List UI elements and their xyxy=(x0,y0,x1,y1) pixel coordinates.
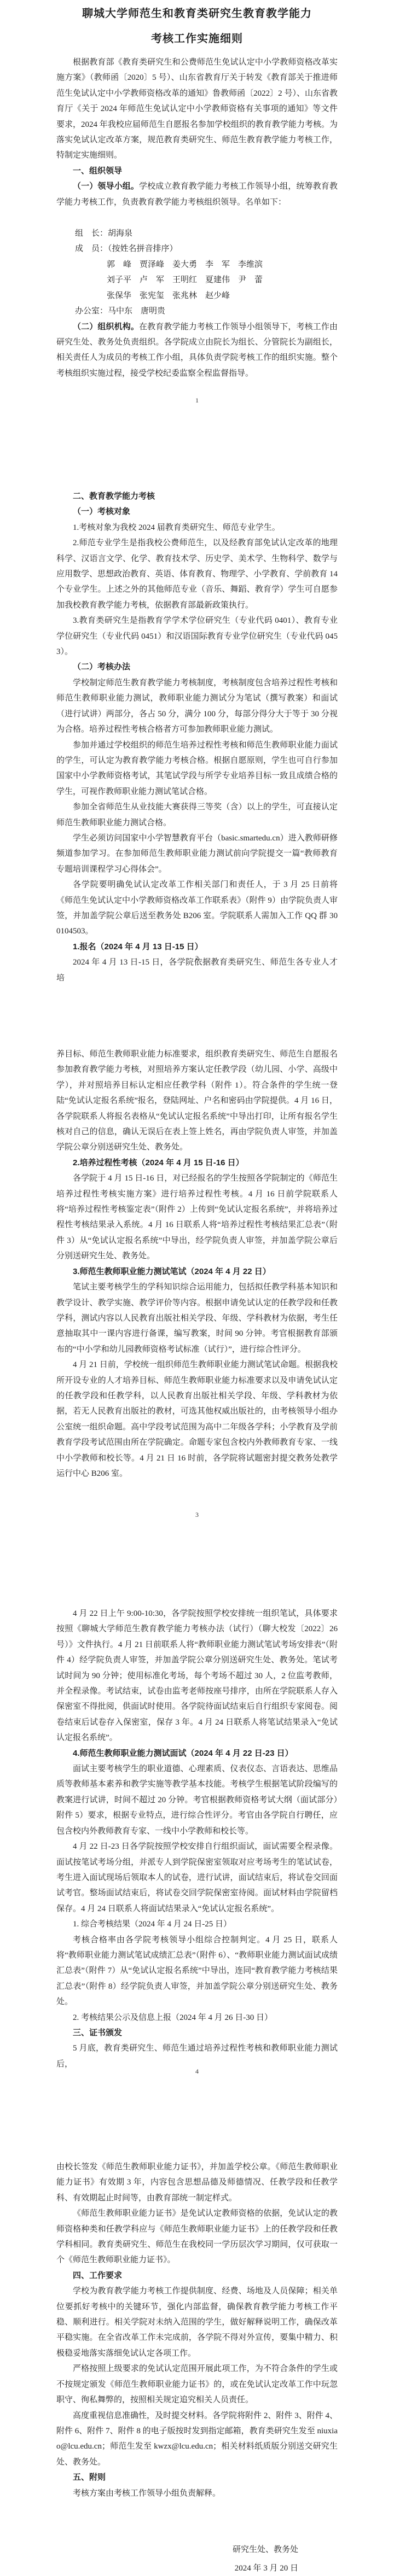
subsection-heading-methods: （二）考核办法 xyxy=(56,659,338,675)
doc-title-line-2: 考核工作实施细则 xyxy=(56,26,338,51)
roster-members-label: 成 员： xyxy=(75,244,108,253)
leadership-roster: 组 长：胡海泉 成 员：（按姓名拼音排序） 郭 峰 贾泽峰 姜大勇 李 军 李维… xyxy=(56,226,338,319)
section-heading-requirements: 四、工作要求 xyxy=(56,2268,338,2283)
paragraph-supplementary: 考核方案由考核工作领导小组负责解释。 xyxy=(56,2486,338,2501)
page-1: 聊城大学师范生和教育类研究生教育教学能力 考核工作实施细则 根据教育部《教育类研… xyxy=(0,0,394,424)
paragraph-interview-2: 4 月 22 日-23 日各学院按照学校安排自行组织面试，面试需要全程录像。面试… xyxy=(56,1839,338,1917)
page-number-2: 2 xyxy=(0,954,394,962)
doc-title: 聊城大学师范生和教育类研究生教育教学能力 考核工作实施细则 xyxy=(56,1,338,51)
page-4: 4 月 22 日上午 9:00-10:30，各学院按照学校安排统一组织笔试，具体… xyxy=(0,1538,394,2094)
roster-leader-label: 组 长： xyxy=(75,229,108,238)
step-heading-interview: 4.师范生教师职业能力测试面试（2024 年 4 月 22 日-23 日） xyxy=(56,1746,338,1761)
signature-block: 研究生处、教务处 2024 年 3 月 20 日 xyxy=(56,2540,338,2576)
paragraph-process-assessment: 各学院于 4 月 15 日-16 日，对已经报名的学生按照各学院制定的《师范生培… xyxy=(56,1171,338,1264)
signature-date: 2024 年 3 月 20 日 xyxy=(56,2559,298,2576)
paragraph-result: 考核合格率由各学院考核领导小组综合控制判定。4 月 25 日，联系人将“教师职业… xyxy=(56,1932,338,2010)
page-2: 二、教育教学能力考核 （一）考核对象 1.考核对象为我校 2024 届教育类研究… xyxy=(0,424,394,981)
signature-unit: 研究生处、教务处 xyxy=(56,2540,298,2559)
paragraph-requirement-3: 高度重视信息准确性，及时提交材料。各学院将附件 2、附件 3、附件 4、附件 6… xyxy=(56,2408,338,2470)
page-5: 由校长签发《师范生教师职业能力证书》，并加盖学校公章。《师范生教师职业能力证书》… xyxy=(0,2094,394,2576)
section-heading-assessment: 二、教育教学能力考核 xyxy=(56,489,338,504)
leader-group-label: （一）领导小组。 xyxy=(73,182,139,191)
leader-group-paragraph: （一）领导小组。学校成立教育教学能力考核工作领导小组，统筹教育教学能力考核工作，… xyxy=(56,179,338,210)
section-heading-certificate: 三、证书颁发 xyxy=(56,2025,338,2041)
result-item-2: 2. 考核结果公示及信息上报（2024 年 4 月 26 日-30 日） xyxy=(56,2010,338,2025)
paragraph-certificate-2: 《师范生教师职业能力证书》是免试认定教师资格的依据，免试认定的教师资格种类和任教… xyxy=(56,2206,338,2268)
section-heading-supplementary: 五、附则 xyxy=(56,2470,338,2485)
roster-office-row: 办公室：马中东 唐明贵 xyxy=(56,303,338,319)
paragraph-method-4: 学生必须访问国家中小学智慧教育平台（basic.smartedu.cn）进入教师… xyxy=(56,831,338,877)
paragraph-method-5: 各学院要明确免试认定改革工作相关部门和责任人，于 3 月 25 日前将《师范生免… xyxy=(56,877,338,939)
roster-names-row-1: 郭 峰 贾泽峰 姜大勇 李 军 李维滨 xyxy=(56,257,338,272)
paragraph-requirement-2: 严格按照上级要求的免试认定范围开展此项工作，为不符合条件的学生或不按规定颁发《师… xyxy=(56,2361,338,2408)
page-number-3: 3 xyxy=(0,1511,394,1519)
org-structure-label: （二）组织机构。 xyxy=(73,322,139,331)
paragraph-target-3: 3.教育类研究生是指教育学学术学位研究生（专业代码 0401）、教育专业学位研究… xyxy=(56,613,338,659)
step-heading-written-test: 3.师范生教师职业能力测试笔试（2024 年 4 月 22 日） xyxy=(56,1264,338,1280)
roster-members-row: 成 员：（按姓名拼音排序） xyxy=(56,241,338,256)
paragraph-registration-cont: 养目标、师范生教师职业能力标准要求，组织教育类研究生、师范生自愿报名参加教育教学… xyxy=(56,1047,338,1155)
roster-members-note: （按姓名拼音排序） xyxy=(108,244,178,253)
roster-names-row-3: 张保华 张宪玺 张兆林 赵少峰 xyxy=(56,288,338,303)
page-3: 养目标、师范生教师职业能力标准要求，组织教育类研究生、师范生自愿报名参加教育教学… xyxy=(0,981,394,1538)
page-number-4: 4 xyxy=(0,2067,394,2076)
roster-office-names: 马中东 唐明贵 xyxy=(108,307,165,316)
subsection-heading-targets: （一）考核对象 xyxy=(56,504,338,519)
intro-paragraph: 根据教育部《教育类研究生和公费师范生免试认定中小学教师资格改革实施方案》（教师函… xyxy=(56,55,338,163)
paragraph-method-3: 参加全省师范生从业技能大赛获得三等奖（含）以上的学生，可直接认定师范生教师职业能… xyxy=(56,799,338,831)
paragraph-method-2: 参加并通过学校组织的师范生培养过程性考核和师范生教师职业能力面试的学生，可认定为… xyxy=(56,738,338,800)
step-heading-registration: 1.报名（2024 年 4 月 13 日-15 日） xyxy=(56,939,338,955)
section-heading-organization: 一、组织领导 xyxy=(56,163,338,179)
paragraph-written-test-1: 笔试主要考核学生的学科知识综合运用能力，包括拟任教学科基本知识和教学设计、教学实… xyxy=(56,1280,338,1357)
doc-title-line-1: 聊城大学师范生和教育类研究生教育教学能力 xyxy=(56,1,338,26)
paragraph-interview-1: 面试主要考核学生的职业道德、心理素质、仪表仪态、言语表达、思维品质等教师基本素养… xyxy=(56,1761,338,1839)
org-structure-paragraph: （二）组织机构。在教育教学能力考核工作领导小组领导下，考核工作由研究生处、教务处… xyxy=(56,319,338,382)
roster-leader-row: 组 长：胡海泉 xyxy=(56,226,338,241)
paragraph-written-test-2: 4 月 21 日前，学校统一组织师范生教师职业能力测试笔试命题。根据我校所开设专… xyxy=(56,1357,338,1481)
roster-office-label: 办公室： xyxy=(75,307,108,316)
paragraph-target-2: 2.师范专业学生是指我校公费师范生，以及经教育部免试认定改革的地理科学、汉语言文… xyxy=(56,535,338,613)
roster-leader-name: 胡海泉 xyxy=(108,229,132,238)
paragraph-written-test-cont: 4 月 22 日上午 9:00-10:30，各学院按照学校安排统一组织笔试，具体… xyxy=(56,1606,338,1746)
document: 聊城大学师范生和教育类研究生教育教学能力 考核工作实施细则 根据教育部《教育类研… xyxy=(0,0,394,2576)
roster-names-row-2: 刘子平 卢 军 王明红 夏建伟 尹 蕾 xyxy=(56,272,338,288)
paragraph-target-1: 1.考核对象为我校 2024 届教育类研究生、师范专业学生。 xyxy=(56,520,338,535)
page-number-1: 1 xyxy=(0,396,394,405)
step-heading-process-assessment: 2.培养过程性考核（2024 年 4 月 15 日-16 日） xyxy=(56,1155,338,1171)
result-item-1: 1. 综合考核结果（2024 年 4 月 24 日-25 日） xyxy=(56,1917,338,1932)
paragraph-certificate-cont: 由校长签发《师范生教师职业能力证书》，并加盖学校公章。《师范生教师职业能力证书》… xyxy=(56,2159,338,2206)
paragraph-requirement-1: 学校为教育教学能力考核工作提供制度、经费、场地及人员保障；相关单位要抓好考核中的… xyxy=(56,2283,338,2361)
paragraph-method-1: 学校制定师范生教育教学能力考核制度，考核制度包含培养过程性考核和师范生教师职业能… xyxy=(56,675,338,738)
